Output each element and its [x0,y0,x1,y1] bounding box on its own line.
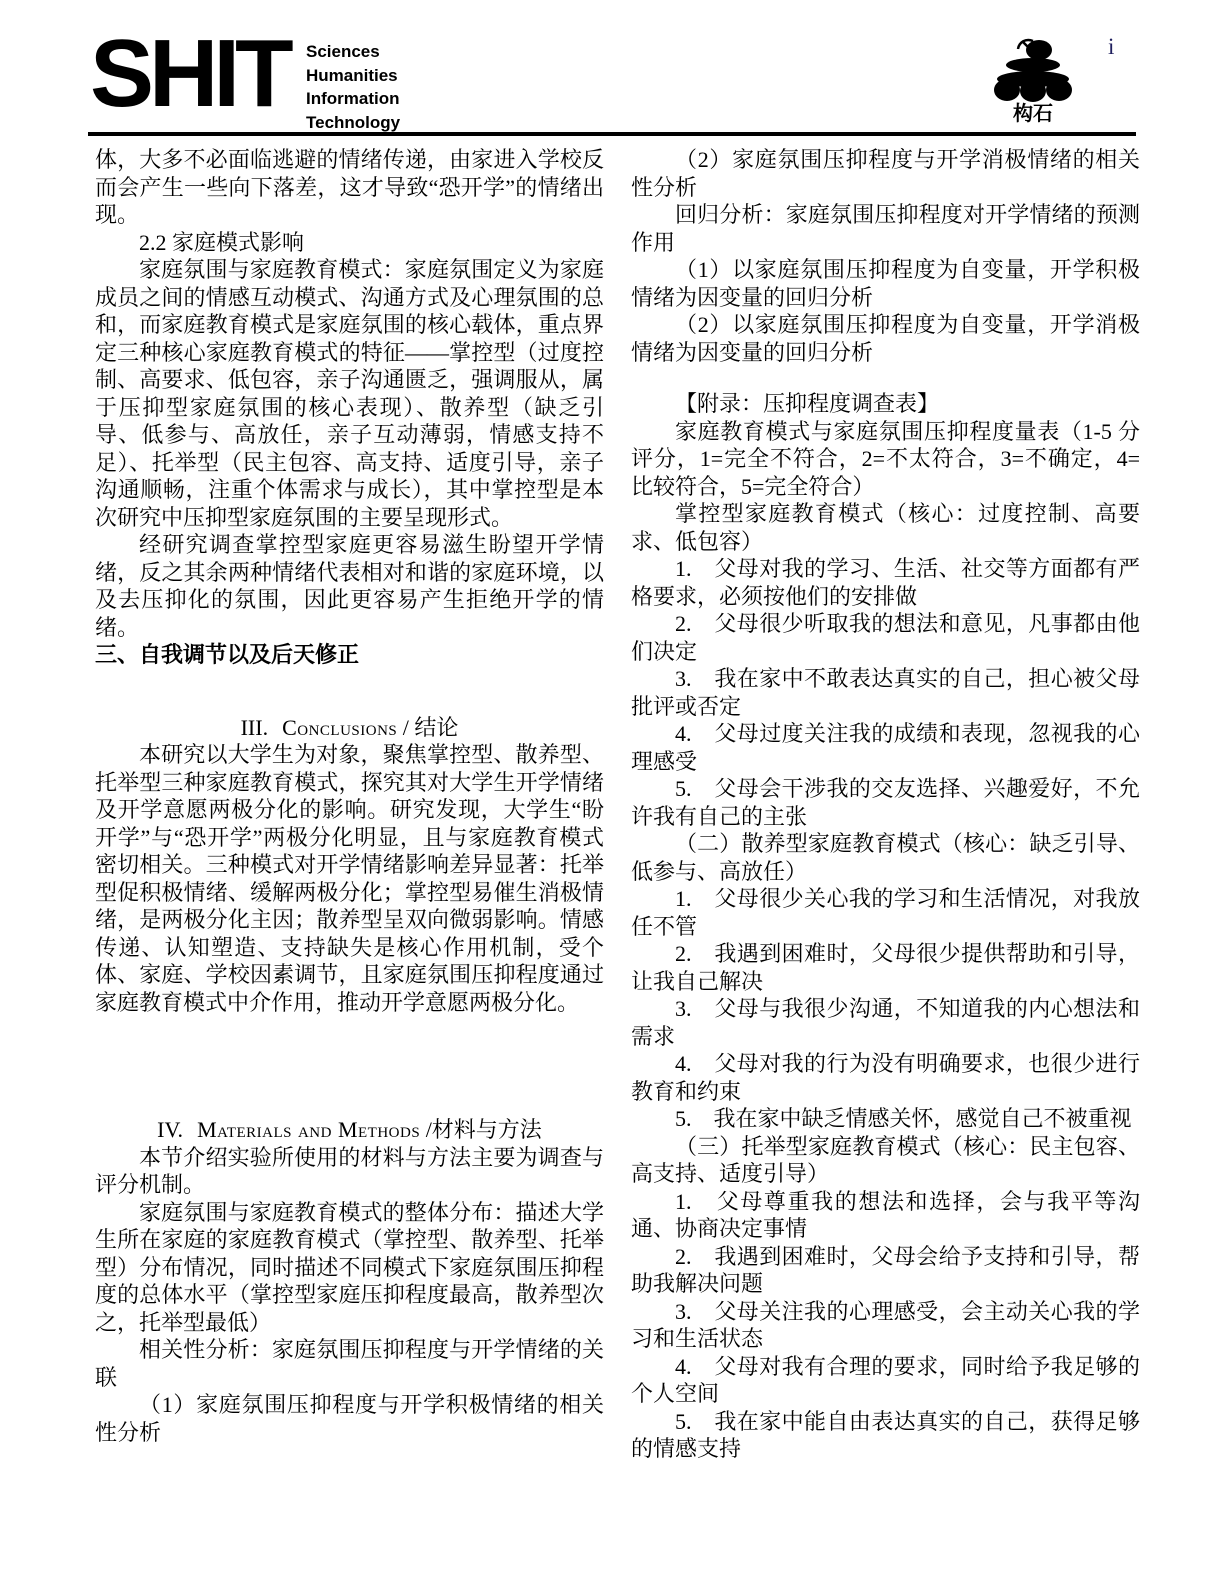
paragraph: 相关性分析：家庭氛围压抑程度与开学情绪的关联 [95,1336,604,1391]
paragraph: 家庭教育模式与家庭氛围压抑程度量表（1-5 分评分，1=完全不符合，2=不太符合… [631,418,1140,501]
heading-part: Conclusions [282,715,397,740]
left-column: 体，大多不必面临逃避的情绪传递，由家进入学校反而会产生一些向下落差，这才导致“恐… [95,146,604,1446]
paragraph: 2.2 家庭模式影响 [95,229,604,257]
tagline-line: Sciences [306,40,400,64]
paragraph: 5. 父母会干涉我的交友选择、兴趣爱好，不允许我有自己的主张 [631,775,1140,830]
section-heading-materials-methods: IV.Materials and Methods /材料与方法 [95,1116,604,1144]
paragraph: （2）家庭氛围压抑程度与开学消极情绪的相关性分析 [631,146,1140,201]
paragraph: （三）托举型家庭教育模式（核心：民主包容、高支持、适度引导） [631,1133,1140,1188]
section-heading-conclusions: III.Conclusions / 结论 [95,714,604,742]
paragraph: 1. 父母对我的学习、生活、社交等方面都有严格要求，必须按他们的安排做 [631,555,1140,610]
rock-cairn-icon [993,38,1073,102]
spacer [95,669,604,714]
right-column: （2）家庭氛围压抑程度与开学消极情绪的相关性分析回归分析：家庭氛围压抑程度对开学… [631,146,1140,1463]
paragraph: 1. 父母很少关心我的学习和生活情况，对我放任不管 [631,885,1140,940]
tagline-line: Humanities [306,64,400,88]
heading-part: IV. [157,1117,183,1142]
spacer [631,366,1140,390]
paragraph: 5. 我在家中能自由表达真实的自己，获得足够的情感支持 [631,1408,1140,1463]
paragraph: 3. 父母关注我的心理感受，会主动关心我的学习和生活状态 [631,1298,1140,1353]
tagline-line: Information [306,87,400,111]
paragraph: 5. 我在家中缺乏情感关怀，感觉自己不被重视 [631,1105,1140,1133]
paragraph: 【附录：压抑程度调查表】 [631,390,1140,418]
heading-part: Materials and Methods [197,1117,420,1142]
tagline-line: Technology [306,111,400,135]
journal-logo-tagline: Sciences Humanities Information Technolo… [306,40,400,134]
section-heading-self-regulation: 三、自我调节以及后天修正 [95,641,604,669]
paragraph: 本节介绍实验所使用的材料与方法主要为调查与评分机制。 [95,1144,604,1199]
page-number: i [1108,34,1114,60]
paragraph: 掌控型家庭教育模式（核心：过度控制、高要求、低包容） [631,500,1140,555]
paragraph: 3. 我在家中不敢表达真实的自己，担心被父母批评或否定 [631,665,1140,720]
paragraph: 4. 父母对我有合理的要求，同时给予我足够的个人空间 [631,1353,1140,1408]
paragraph: 体，大多不必面临逃避的情绪传递，由家进入学校反而会产生一些向下落差，这才导致“恐… [95,146,604,229]
paragraph: 2. 我遇到困难时，父母会给予支持和引导，帮助我解决问题 [631,1243,1140,1298]
paragraph: （2）以家庭氛围压抑程度为自变量，开学消极情绪为因变量的回归分析 [631,311,1140,366]
paragraph: 4. 父母过度关注我的成绩和表现，忽视我的心理感受 [631,720,1140,775]
paragraph: 本研究以大学生为对象，聚焦掌控型、散养型、托举型三种家庭教育模式，探究其对大学生… [95,741,604,1016]
journal-logo-acronym: SHIT [90,26,289,122]
paragraph: （1）以家庭氛围压抑程度为自变量，开学积极情绪为因变量的回归分析 [631,256,1140,311]
publisher-stamp-label: 构石 [992,103,1074,125]
paragraph: 3. 父母与我很少沟通，不知道我的内心想法和需求 [631,995,1140,1050]
paragraph: 家庭氛围与家庭教育模式的整体分布：描述大学生所在家庭的家庭教育模式（掌控型、散养… [95,1199,604,1337]
heading-part: III. [241,715,268,740]
paragraph: （1）家庭氛围压抑程度与开学积极情绪的相关性分析 [95,1391,604,1446]
heading-part: /材料与方法 [420,1117,542,1142]
paragraph: （二）散养型家庭教育模式（核心：缺乏引导、低参与、高放任） [631,830,1140,885]
heading-part: / 结论 [397,715,458,740]
paragraph: 经研究调查掌控型家庭更容易滋生盼望开学情绪，反之其余两种情绪代表相对和谐的家庭环… [95,531,604,641]
paragraph: 回归分析：家庭氛围压抑程度对开学情绪的预测作用 [631,201,1140,256]
publisher-stamp: 构石 [992,38,1074,125]
paragraph: 家庭氛围与家庭教育模式：家庭氛围定义为家庭成员之间的情感互动模式、沟通方式及心理… [95,256,604,531]
document-page: SHIT Sciences Humanities Information Tec… [0,0,1224,1584]
paragraph: 1. 父母尊重我的想法和选择，会与我平等沟通、协商决定事情 [631,1188,1140,1243]
paragraph: 4. 父母对我的行为没有明确要求，也很少进行教育和约束 [631,1050,1140,1105]
paragraph: 2. 我遇到困难时，父母很少提供帮助和引导，让我自己解决 [631,940,1140,995]
paragraph: 2. 父母很少听取我的想法和意见，凡事都由他们决定 [631,610,1140,665]
spacer [95,1016,604,1116]
header-rule [88,132,1136,136]
